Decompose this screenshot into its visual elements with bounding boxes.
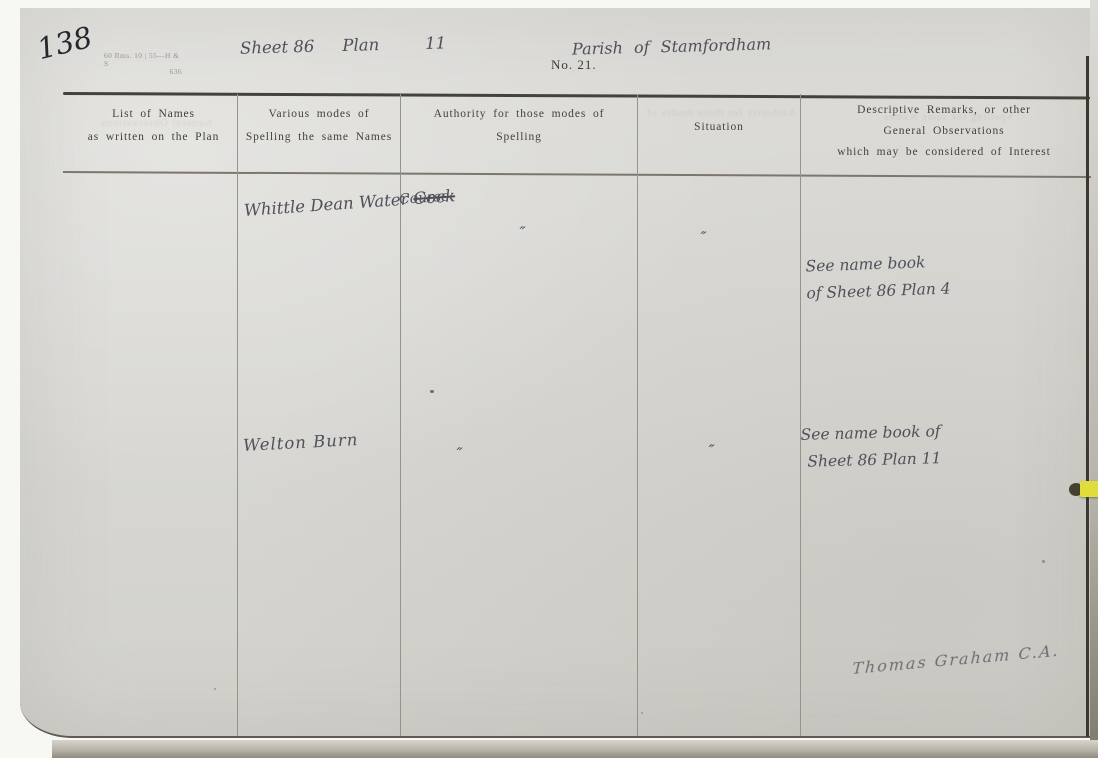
ink-speck — [430, 390, 434, 393]
bleed-through-text: Spelling the same Names — [848, 112, 1048, 123]
plan-label: Plan — [342, 35, 379, 55]
remark-entry-2: See name book of Sheet 86 Plan 11 — [800, 418, 941, 476]
column-divider-3 — [637, 94, 638, 736]
printer-stamp-line2: 636 — [104, 68, 182, 76]
bleed-through-text: General Observations — [86, 118, 226, 129]
header-line: which may be considered of Interest — [803, 142, 1085, 163]
plan-number: 11 — [425, 33, 446, 53]
sheet-number: Sheet 86 — [240, 37, 315, 58]
header-modes-of-spelling: Various modes of Spelling the same Names — [238, 103, 400, 149]
ink-speck — [641, 712, 643, 714]
header-line: General Observations — [803, 121, 1085, 142]
remark-entry-1: See name book of Sheet 86 Plan 4 — [805, 249, 951, 308]
header-authority: Authority for those modes of Spelling — [401, 103, 637, 149]
header-situation: Situation — [638, 116, 800, 139]
header-line: Spelling — [401, 126, 637, 149]
scanned-name-book-page: 138 60 Rms. 10 | 55—H & S 636 Sheet 86 P… — [0, 0, 1098, 758]
book-page-edges-bottom — [52, 740, 1098, 758]
ink-speck — [1042, 560, 1045, 563]
header-line: as written on the Plan — [70, 126, 237, 149]
header-line: Authority for those modes of — [401, 103, 637, 126]
header-line: Situation — [638, 116, 800, 139]
bleed-through-text: Authority for those modes of — [646, 108, 796, 119]
ink-speck — [214, 688, 216, 690]
remark-line: See name book of — [800, 418, 941, 449]
book-edge-right — [1090, 0, 1098, 758]
printer-stamp-line1: 60 Rms. 10 | 55—H & S — [104, 52, 182, 68]
header-line: Various modes of — [238, 103, 400, 126]
printer-stamp: 60 Rms. 10 | 55—H & S 636 — [104, 52, 182, 76]
header-descriptive-remarks: Descriptive Remarks, or other General Ob… — [803, 100, 1085, 163]
page-edge-line — [1086, 56, 1089, 737]
column-divider-1 — [237, 94, 238, 736]
column-divider-4 — [800, 94, 801, 736]
remark-line: of Sheet 86 Plan 4 — [806, 275, 951, 307]
header-line: Spelling the same Names — [238, 126, 400, 149]
form-number: No. 21. — [551, 57, 597, 73]
remark-line: Sheet 86 Plan 11 — [801, 445, 942, 476]
bookmark-tab — [1080, 481, 1098, 497]
